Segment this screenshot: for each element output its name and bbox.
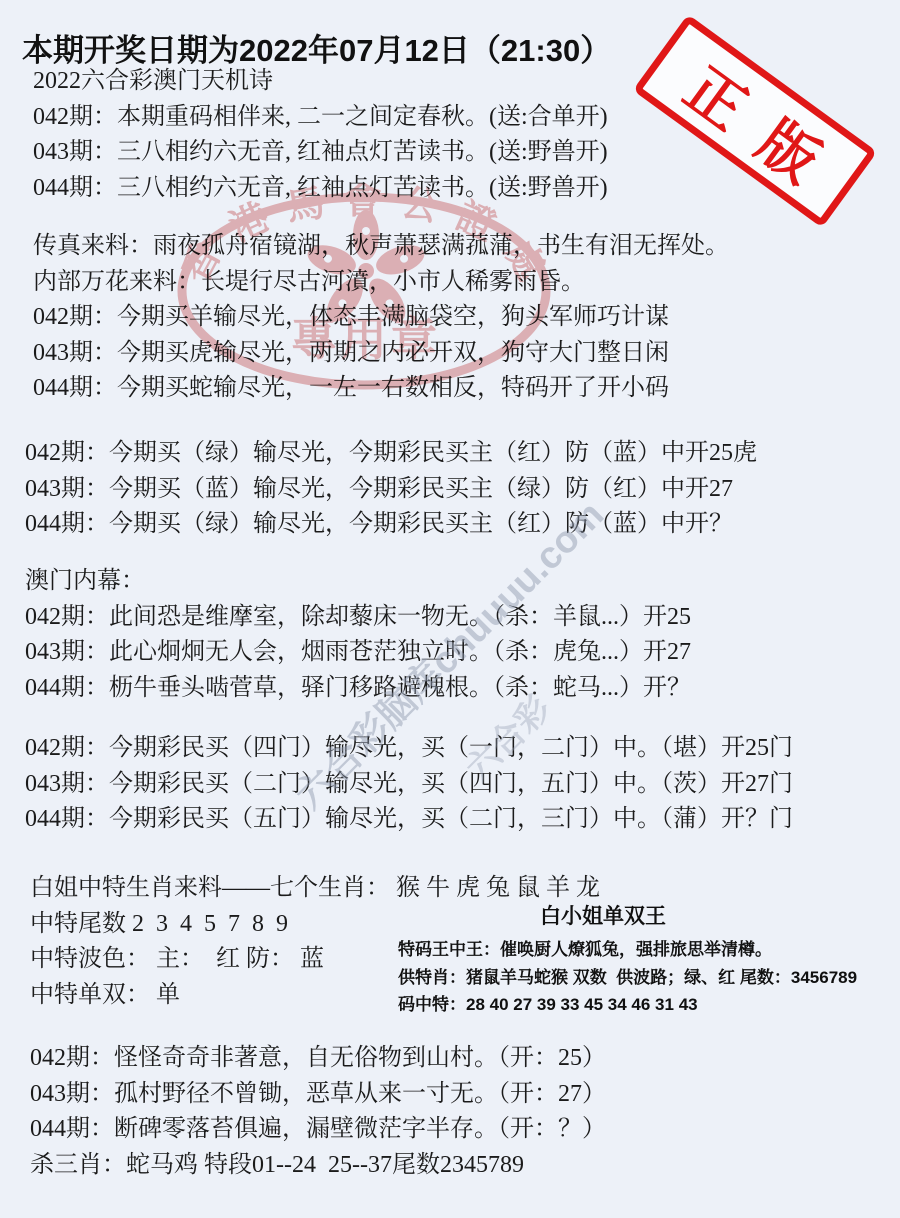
section-doors: 042期：今期彩民买（四门）输尽光，买（一门，二门）中。（堪）开25门043期：… — [25, 731, 793, 838]
text-line: 043期：三八相约六无音, 红袖点灯苦读书。(送:野兽开) — [33, 135, 608, 171]
text-line: 澳门内幕： — [25, 564, 691, 600]
baixiaojie-lines: 特码王中王：催唤厨人燎狐兔，强排旅思举清樽。供特肖：猪鼠羊马蛇猴 双数 供波路；… — [398, 936, 893, 1019]
text-line: 044期：断碑零落苔俱遍，漏壁微茫字半存。（开：？） — [30, 1112, 606, 1148]
text-line: 044期：今期买（绿）输尽光，今期彩民买主（红）防（蓝）中开？ — [25, 507, 757, 543]
text-line: 043期：孤村野径不曾锄，恶草从来一寸无。（开：27） — [30, 1077, 606, 1113]
text-line: 042期：今期彩民买（四门）输尽光，买（一门，二门）中。（堪）开25门 — [25, 731, 793, 767]
text-line: 043期：此心炯炯无人会，烟雨苍茫独立时。（杀：虎兔...）开27 — [25, 635, 691, 671]
section-baixiaojie: 白小姐单双王 特码王中王：催唤厨人燎狐兔，强排旅思举清樽。供特肖：猪鼠羊马蛇猴 … — [398, 900, 893, 1019]
text-line: 044期：今期买蛇输尽光，一左一右数相反，特码开了开小码 — [33, 371, 729, 407]
text-line: 2022六合彩澳门天机诗 — [33, 64, 608, 100]
section-tianji-poems: 2022六合彩澳门天机诗042期：本期重码相伴来, 二一之间定春秋。(送:合单开… — [33, 64, 608, 206]
baixiaojie-title: 白小姐单双王 — [398, 900, 808, 930]
genuine-stamp: 正版 — [633, 14, 878, 228]
text-line: 042期：今期买（绿）输尽光，今期彩民买主（红）防（蓝）中开25虎 — [25, 436, 757, 472]
text-line: 传真来料：雨夜孤舟宿镜湖，秋声萧瑟满菰蒲，书生有泪无挥处。 — [33, 229, 729, 265]
genuine-stamp-label: 正版 — [670, 44, 865, 218]
text-line: 044期：三八相约六无音, 红袖点灯苦读书。(送:野兽开) — [33, 171, 608, 207]
lottery-tip-sheet: 本期开奖日期为2022年07月12日（21:30） 2022六合彩澳门天机诗04… — [0, 0, 900, 1218]
text-line: 044期：枥牛垂头啮菅草，驿门移路避槐根。（杀：蛇马...）开？ — [25, 671, 691, 707]
section-color-buy: 042期：今期买（绿）输尽光，今期彩民买主（红）防（蓝）中开25虎043期：今期… — [25, 436, 757, 543]
text-line: 内部万花来料：长堤行尽古河濆，小市人稀雾雨昏。 — [33, 265, 729, 301]
text-line: 042期：今期买羊输尽光，体态丰满脑袋空，狗头军师巧计谋 — [33, 300, 729, 336]
text-line: 044期：今期彩民买（五门）输尽光，买（二门，三门）中。（蒲）开？门 — [25, 802, 793, 838]
text-line: 042期：本期重码相伴来, 二一之间定春秋。(送:合单开) — [33, 100, 608, 136]
text-line: 043期：今期彩民买（二门）输尽光，买（四门，五门）中。（茨）开27门 — [25, 767, 793, 803]
section-results: 042期：怪怪奇奇非著意，自无俗物到山村。（开：25）043期：孤村野径不曾锄，… — [30, 1041, 606, 1183]
text-line: 043期：今期买虎输尽光，两期之内必开双，狗守大门整日闲 — [33, 336, 729, 372]
text-line: 码中特：28 40 27 39 33 45 34 46 31 43 — [398, 991, 893, 1019]
text-line: 供特肖：猪鼠羊马蛇猴 双数 供波路；绿、红 尾数：3456789 — [398, 964, 893, 992]
text-line: 特码王中王：催唤厨人燎狐兔，强排旅思举清樽。 — [398, 936, 893, 964]
text-line: 043期：今期买（蓝）输尽光，今期彩民买主（绿）防（红）中开27 — [25, 472, 757, 508]
text-line: 杀三肖：蛇马鸡 特段01--24 25--37尾数2345789 — [30, 1148, 606, 1184]
text-line: 042期：怪怪奇奇非著意，自无俗物到山村。（开：25） — [30, 1041, 606, 1077]
text-line: 042期：此间恐是维摩室，除却藜床一物无。（杀：羊鼠...）开25 — [25, 600, 691, 636]
section-macau-insider: 澳门内幕：042期：此间恐是维摩室，除却藜床一物无。（杀：羊鼠...）开2504… — [25, 564, 691, 706]
section-fax-material: 传真来料：雨夜孤舟宿镜湖，秋声萧瑟满菰蒲，书生有泪无挥处。内部万花来料：长堤行尽… — [33, 229, 729, 407]
